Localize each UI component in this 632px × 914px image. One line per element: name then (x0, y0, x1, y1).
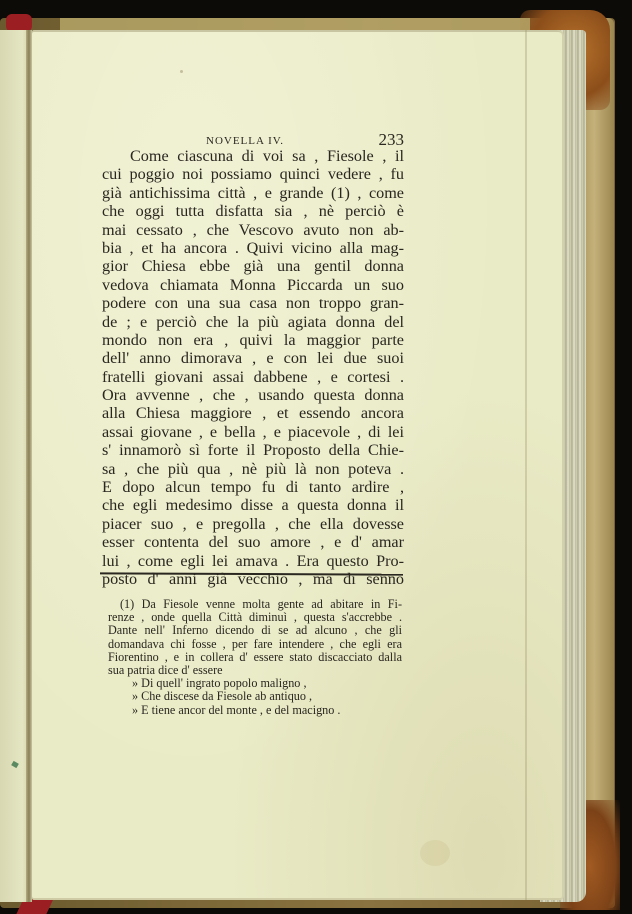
foxing-spot (420, 840, 450, 866)
text-line: gior Chiesa ebbe già una gentil donna (102, 257, 404, 275)
text-line: già antichissima città , e grande (1) , … (102, 184, 404, 202)
footnote-verse: » E tiene ancor del monte , e del macign… (108, 704, 402, 717)
text-line: podere con una sua casa non troppo gran- (102, 294, 404, 312)
text-line: bia , et ha ancora . Quivi vicino alla m… (102, 239, 404, 257)
text-line: che egli medesimo disse a questa donna i… (102, 496, 404, 514)
text-line: mondo non era , quivi la maggior parte (102, 331, 404, 349)
text-line: s' innamorò sì forte il Proposto della C… (102, 441, 404, 459)
text-line: sa , che più qua , nè più là non poteva … (102, 460, 404, 478)
text-line: Ora avvenne , che , usando questa donna (102, 386, 404, 404)
text-line: dell' anno dimorava , e con lei due suoi (102, 349, 404, 367)
text-line: de ; e perciò che la più agiata donna de… (102, 313, 404, 331)
text-line: assai giovane , e bella , e piacevole , … (102, 423, 404, 441)
text-line: mai cessato , che Vescovo avuto non ab- (102, 221, 404, 239)
body-text: Come ciascuna di voi sa , Fiesole , il c… (102, 147, 404, 588)
footnote: (1) Da Fiesole venne molta gente ad abit… (108, 598, 402, 717)
text-line: esser contenta del suo amore , e d' amar (102, 533, 404, 551)
text-line: vedova chiamata Monna Piccarda un suo (102, 276, 404, 294)
text-line: che oggi tutta disfatta sia , nè perciò … (102, 202, 404, 220)
page-gutter (26, 30, 32, 902)
text-line: Come ciascuna di voi sa , Fiesole , il (102, 147, 404, 165)
running-head-title: NOVELLA IV. (206, 135, 284, 147)
text-line: fratelli giovani assai dabbene , e corte… (102, 368, 404, 386)
footnote-line: Dante nell' Inferno dicendo di se ad alc… (108, 624, 402, 637)
footnote-line: domandava chi fosse , per fare intendere… (108, 638, 402, 651)
text-line: lui , come egli lei amava . Era questo P… (102, 552, 404, 570)
text-line: cui poggio noi possiamo quinci vedere , … (102, 165, 404, 183)
text-line: alla Chiesa maggiore , et essendo ancora (102, 404, 404, 422)
text-line: piacer suo , e pregolla , che ella doves… (102, 515, 404, 533)
text-line: E dopo alcun tempo fu di tanto ardire , (102, 478, 404, 496)
foxing-spot (180, 70, 183, 73)
page-fold-line (525, 30, 527, 900)
footnote-verse: » Che discese da Fiesole ab antiquo , (108, 690, 402, 703)
footnote-line: Fiorentino , e in collera d' essere stat… (108, 651, 402, 664)
